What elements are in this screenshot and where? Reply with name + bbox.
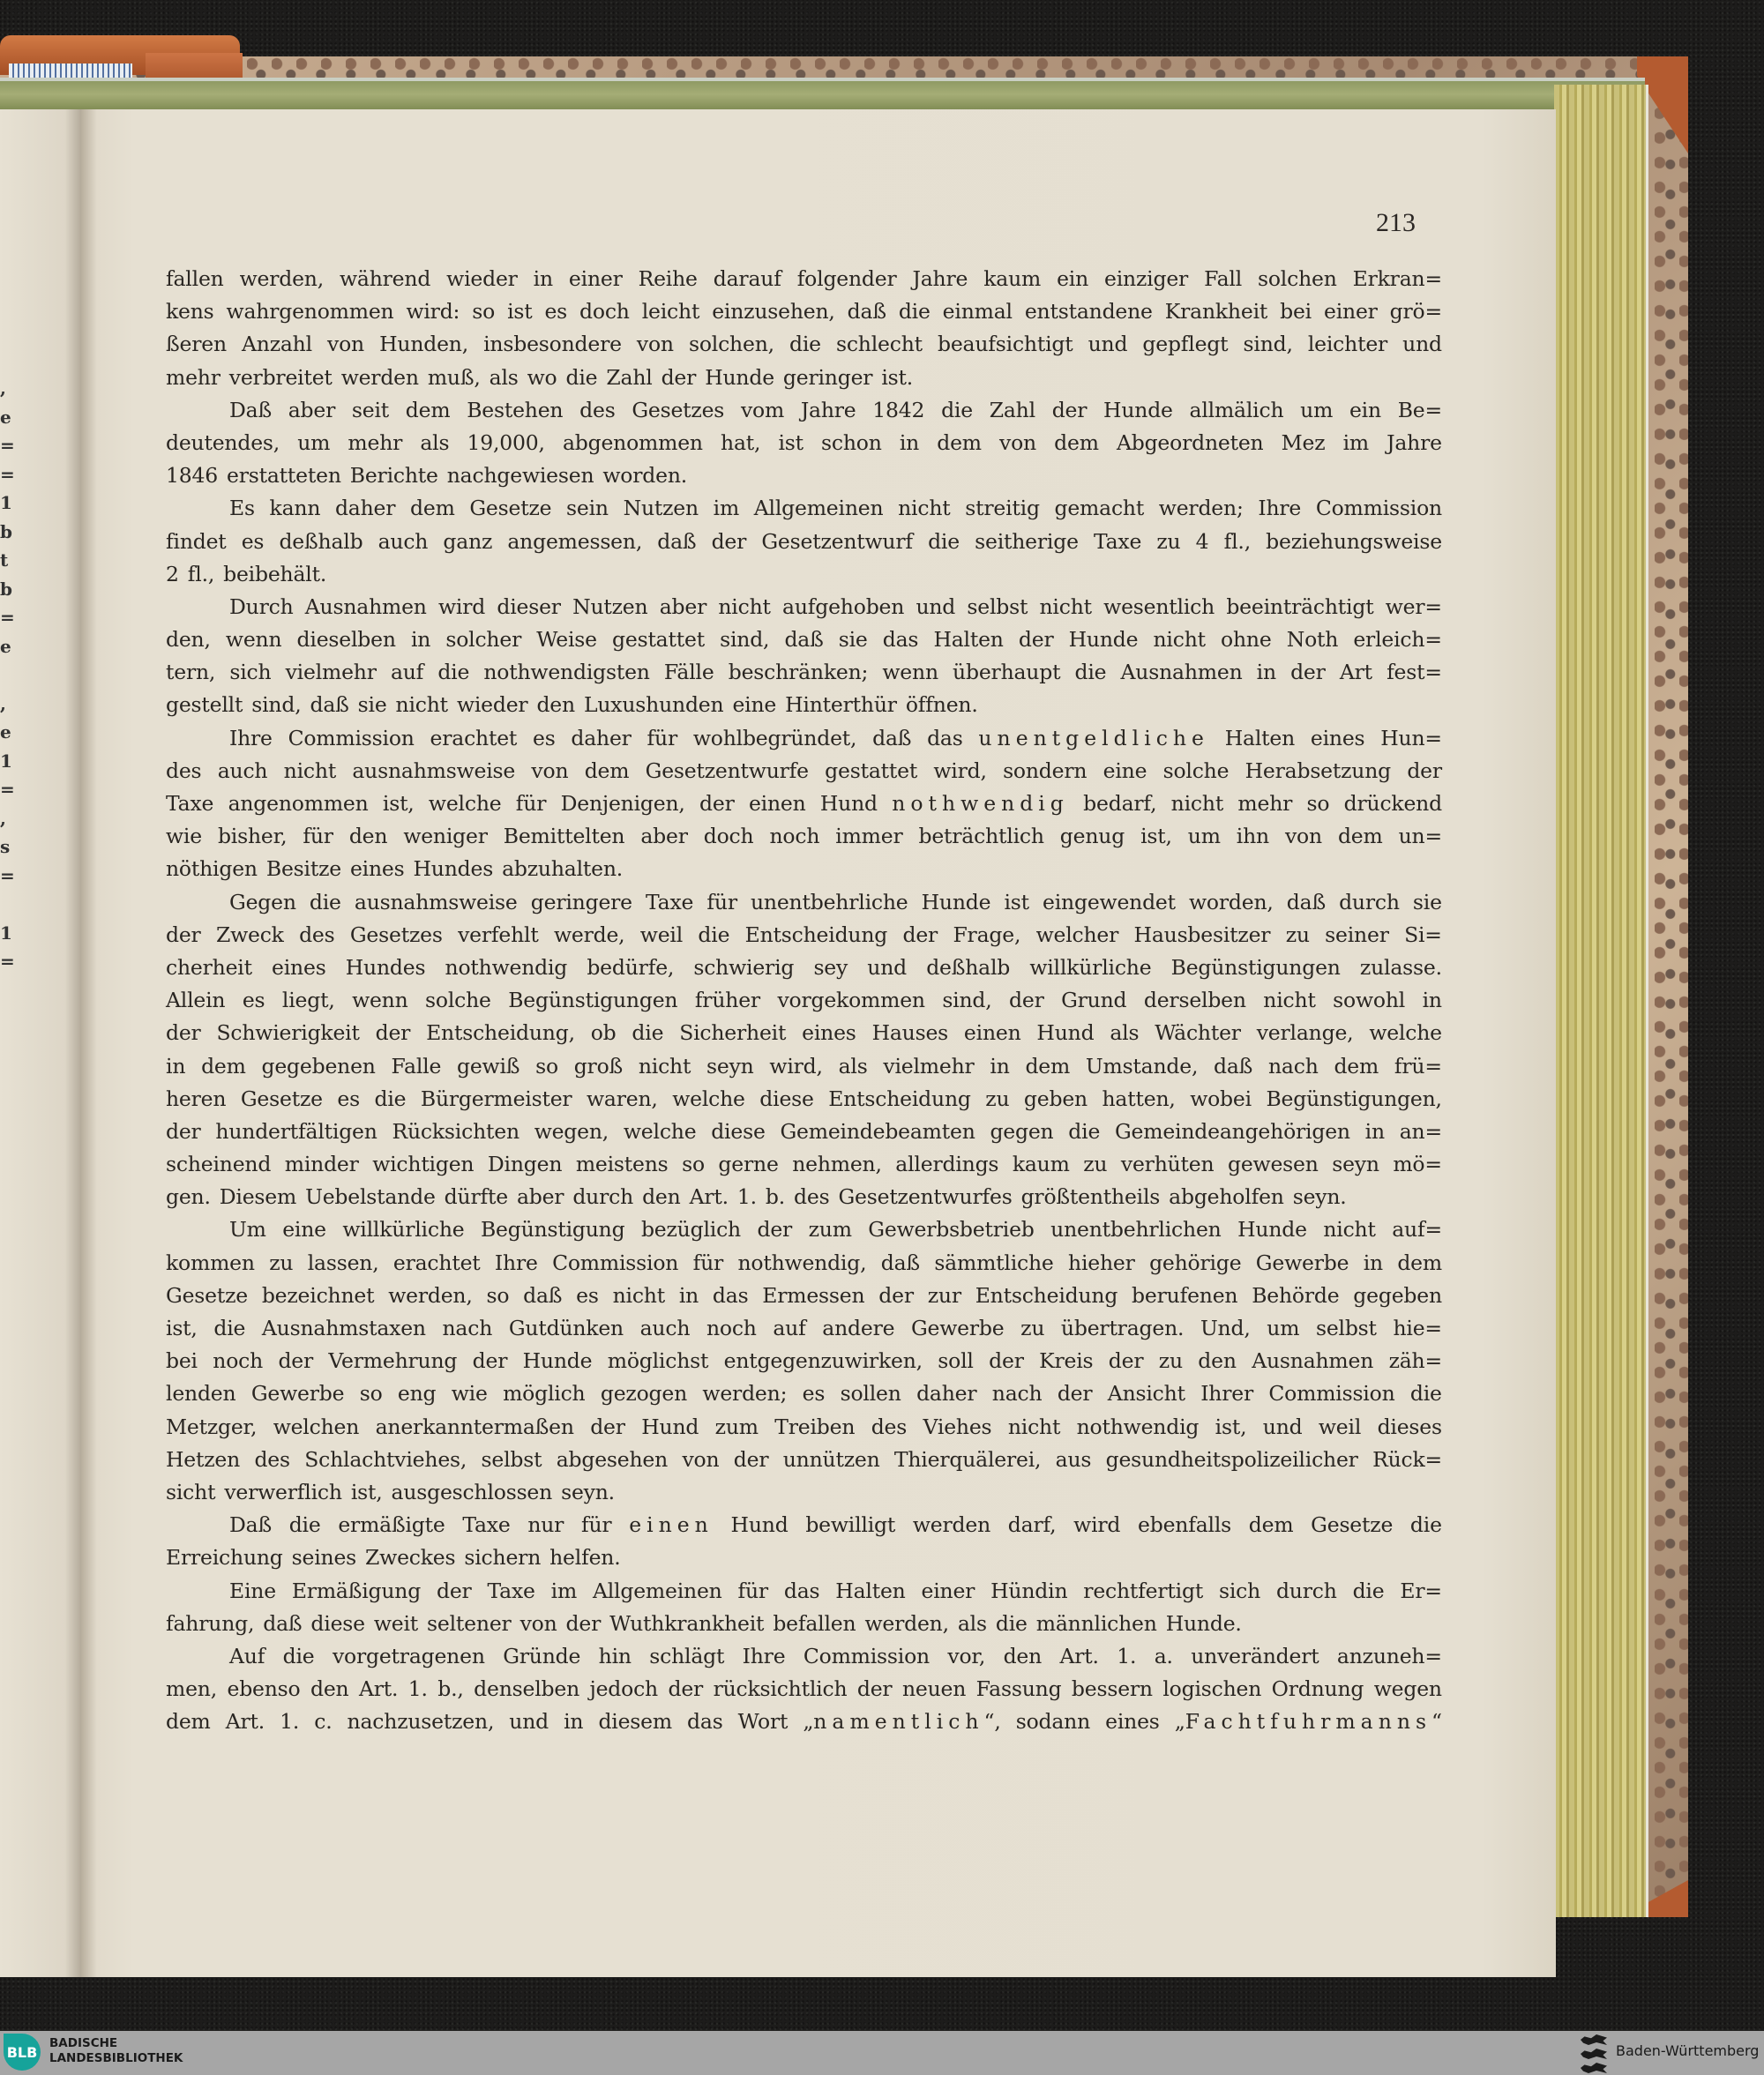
text-line: sichtverwerflichist,ausgeschlossenseyn. [166, 1476, 1442, 1509]
text-line: mehrverbreitetwerdenmuß,alswodieZahlderH… [166, 362, 1442, 394]
text-line: fallenwerden,währendwiederineinerReiheda… [166, 263, 1442, 295]
blb-logo-icon[interactable]: BLB [4, 2034, 41, 2071]
library-name-line1: BADISCHE [49, 2036, 183, 2051]
text-line: deutendes,ummehrals19,000,abgenommenhat,… [166, 427, 1442, 459]
footer-bar: BLB BADISCHE LANDESBIBLIOTHEK Baden-Würt… [0, 2031, 1764, 2075]
text-line: den,wenndieselbeninsolcherWeisegestattet… [166, 623, 1442, 656]
text-line: gestelltsind,daßsienichtwiederdenLuxushu… [166, 689, 1442, 721]
paragraph: DaßaberseitdemBestehendesGesetzesvomJahr… [166, 394, 1442, 493]
paragraph: UmeinewillkürlicheBegünstigungbezüglichd… [166, 1213, 1442, 1509]
text-line: indemgegebenenFallegewißsogroßnichtseynw… [166, 1050, 1442, 1083]
text-line: GegendieausnahmsweisegeringereTaxefürune… [166, 886, 1442, 919]
page-edges-top [0, 78, 1645, 111]
text-line: lendenGewerbesoengwiemöglichgezogenwerde… [166, 1377, 1442, 1410]
left-page-text-fragments: , e = = 1 b t b = e , e 1 = , s = 1 = [0, 374, 18, 976]
text-line: AufdievorgetragenenGründehinschlägtIhreC… [166, 1640, 1442, 1673]
page-body-text: fallenwerden,währendwiederineinerReiheda… [166, 263, 1442, 1738]
text-line: demArt.1.c.nachzusetzen,undindiesemdasWo… [166, 1706, 1442, 1738]
paragraph: AufdievorgetragenenGründehinschlägtIhreC… [166, 1640, 1442, 1739]
text-line: DaßdieermäßigteTaxenurfüreinenHundbewill… [166, 1509, 1442, 1541]
text-line: ErreichungseinesZweckessichernhelfen. [166, 1541, 1442, 1574]
text-line: ßerenAnzahlvonHunden,insbesonderevonsolc… [166, 328, 1442, 361]
paragraph: EskanndaherdemGesetzeseinNutzenimAllgeme… [166, 492, 1442, 591]
library-name-line2: LANDESBIBLIOTHEK [49, 2051, 183, 2066]
text-line: men,ebensodenArt.1.b.,denselbenjedochder… [166, 1673, 1442, 1706]
text-line: ist,dieAusnahmstaxennachGutdünkenauchnoc… [166, 1312, 1442, 1345]
text-line: HetzendesSchlachtviehes,selbstabgesehenv… [166, 1444, 1442, 1476]
text-line: kommenzulassen,erachtetIhreCommissionfür… [166, 1247, 1442, 1280]
left-page: , e = = 1 b t b = e , e 1 = , s = 1 = [0, 109, 81, 1977]
library-name[interactable]: BADISCHE LANDESBIBLIOTHEK [49, 2036, 183, 2066]
text-line: tern,sichvielmehraufdienothwendigstenFäl… [166, 656, 1442, 689]
text-line: beinochderVermehrungderHundemöglichstent… [166, 1345, 1442, 1377]
text-line: UmeinewillkürlicheBegünstigungbezüglichd… [166, 1213, 1442, 1246]
paragraph: DaßdieermäßigteTaxenurfüreinenHundbewill… [166, 1509, 1442, 1574]
text-line: herenGesetzeesdieBürgermeisterwaren,welc… [166, 1083, 1442, 1116]
paragraph: IhreCommissionerachtetesdaherfürwohlbegr… [166, 722, 1442, 886]
text-line: DaßaberseitdemBestehendesGesetzesvomJahr… [166, 394, 1442, 427]
text-line: IhreCommissionerachtetesdaherfürwohlbegr… [166, 722, 1442, 755]
paragraph: fallenwerden,währendwiederineinerReiheda… [166, 263, 1442, 394]
text-line: Metzger,welchenanerkanntermaßenderHundzu… [166, 1411, 1442, 1444]
paragraph: DurchAusnahmenwirddieserNutzenabernichta… [166, 591, 1442, 722]
text-line: derhundertfältigenRücksichtenwegen,welch… [166, 1116, 1442, 1148]
text-line: Gesetzebezeichnetwerden,sodaßesnichtinda… [166, 1280, 1442, 1312]
text-line: scheinendminderwichtigenDingenmeistensso… [166, 1148, 1442, 1181]
text-line: fahrung,daßdieseweitseltenervonderWuthkr… [166, 1608, 1442, 1640]
text-line: derSchwierigkeitderEntscheidung,obdieSic… [166, 1017, 1442, 1049]
text-line: wiebisher,fürdenwenigerBemitteltenaberdo… [166, 820, 1442, 853]
text-line: findetesdeßhalbauchganzangemessen,daßder… [166, 526, 1442, 558]
text-line: Taxeangenommenist,welchefürDenjenigen,de… [166, 787, 1442, 820]
text-line: Alleinesliegt,wennsolcheBegünstigungenfr… [166, 984, 1442, 1017]
text-line: nöthigenBesitzeeinesHundesabzuhalten. [166, 853, 1442, 885]
text-line: EskanndaherdemGesetzeseinNutzenimAllgeme… [166, 492, 1442, 525]
text-line: EineErmäßigungderTaxeimAllgemeinenfürdas… [166, 1575, 1442, 1608]
text-line: DurchAusnahmenwirddieserNutzenabernichta… [166, 591, 1442, 623]
text-line: derZweckdesGesetzesverfehltwerde,weildie… [166, 919, 1442, 952]
text-line: 1846erstattetenBerichtenachgewiesenworde… [166, 459, 1442, 492]
baden-wuerttemberg-lions-icon [1581, 2034, 1607, 2073]
text-line: gen.DiesemUebelstandedürfteaberdurchdenA… [166, 1181, 1442, 1213]
paragraph: EineErmäßigungderTaxeimAllgemeinenfürdas… [166, 1575, 1442, 1640]
text-line: kenswahrgenommenwird:soistesdochleichtei… [166, 295, 1442, 328]
state-name[interactable]: Baden-Württemberg [1616, 2042, 1759, 2059]
text-line: desauchnichtausnahmsweisevondemGesetzent… [166, 755, 1442, 787]
page-number: 213 [1376, 208, 1416, 238]
text-line: 2fl.,beibehält. [166, 558, 1442, 591]
text-line: cherheiteinesHundesnothwendigbedürfe,sch… [166, 952, 1442, 984]
page-edges-right [1554, 85, 1648, 1917]
paragraph: GegendieausnahmsweisegeringereTaxefürune… [166, 886, 1442, 1214]
